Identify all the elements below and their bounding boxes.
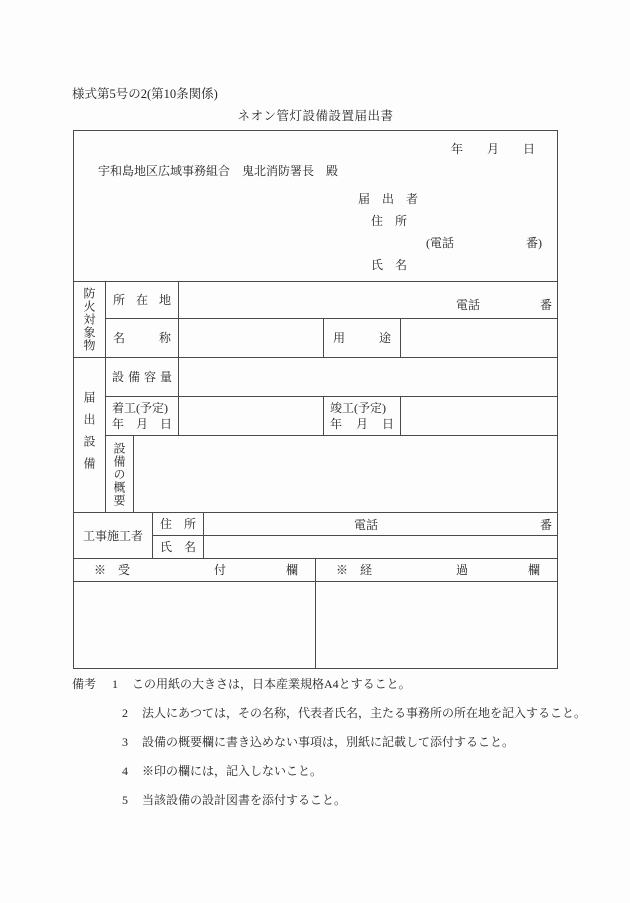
fire-object-section-label: 防火対象物: [74, 282, 106, 358]
finish-date-value-cell: [401, 397, 557, 436]
notifier-name-label: 氏 名: [371, 256, 407, 273]
use-label: 用途: [324, 319, 401, 358]
addressee-line: 宇和島地区広域事務組合 鬼北消防署長 殿: [98, 162, 338, 179]
note-item: 備考 1 この用紙の大きさは，日本産業規格A4とすること。: [72, 678, 592, 691]
notifier-label: 届 出 者: [358, 190, 418, 207]
date-line: 年 月 日: [451, 140, 535, 157]
contractor-address-value-cell: 電話 番: [204, 513, 557, 536]
contractor-name-value-cell: [204, 536, 557, 559]
location-value-cell: 電話 番: [179, 282, 557, 319]
finish-date-label: 竣工(予定) 年 月 日: [324, 397, 401, 436]
note-text: 法人にあつては，その名称，代表者氏名，主たる事務所の所在地を記入すること。: [142, 707, 592, 720]
note-number: 4: [122, 765, 142, 778]
location-label: 所在地: [106, 282, 179, 319]
contractor-section-text: 工事施工者: [83, 527, 143, 544]
fire-object-name-value-cell: [179, 319, 324, 358]
note-item: 3 設備の概要欄に書き込めない事項は，別紙に記載して添付すること。: [72, 736, 592, 749]
reception-column-header: ※ 受 付 欄: [74, 559, 316, 582]
use-value-cell: [401, 319, 557, 358]
note-text: 当該設備の設計図書を添付すること。: [142, 794, 592, 807]
form-code: 様式第5号の2(第10条関係): [72, 84, 218, 102]
notes-section: 備考 1 この用紙の大きさは，日本産業規格A4とすること。 2 法人にあつては，…: [72, 678, 592, 823]
finish-date-line1: 竣工(予定): [330, 400, 394, 416]
note-item: 2 法人にあつては，その名称，代表者氏名，主たる事務所の所在地を記入すること。: [72, 707, 592, 720]
start-date-value-cell: [179, 397, 324, 436]
location-phone-label: 電話 番: [456, 296, 552, 313]
header-section: 年 月 日 宇和島地区広域事務組合 鬼北消防署長 殿 届 出 者 住 所 (電話…: [74, 131, 557, 282]
outline-label: 設備の概要: [106, 436, 134, 513]
outline-value-cell: [134, 436, 557, 513]
start-date-line1: 着工(予定): [112, 400, 172, 416]
note-number: 2: [122, 707, 142, 720]
reception-column-body: [74, 582, 316, 668]
note-number: 1: [112, 678, 132, 691]
equipment-section-label: 届出設備: [74, 358, 106, 513]
capacity-label: 設備容量: [106, 358, 179, 397]
notifier-phone-note: (電話 番): [426, 234, 542, 251]
note-number: 3: [122, 736, 142, 749]
progress-column-header: ※ 経 過 欄: [316, 559, 557, 582]
notifier-address-label: 住 所: [371, 212, 407, 229]
contractor-phone-label: 電話: [354, 516, 378, 533]
note-item: 4 ※印の欄には，記入しないこと。: [72, 765, 592, 778]
notes-label: 備考: [72, 678, 112, 691]
start-date-label: 着工(予定) 年 月 日: [106, 397, 179, 436]
contractor-phone-suffix: 番: [540, 516, 552, 533]
fire-object-name-label: 名称: [106, 319, 179, 358]
contractor-address-label: 住所: [153, 513, 204, 536]
equipment-section-text: 届出設備: [81, 391, 98, 479]
document-title: ネオン管灯設備設置届出書: [73, 106, 558, 124]
fire-object-section-text: 防火対象物: [81, 287, 98, 352]
note-number: 5: [122, 794, 142, 807]
progress-column-body: [316, 582, 557, 668]
finish-date-line2: 年 月 日: [330, 416, 394, 432]
contractor-name-label: 氏名: [153, 536, 204, 559]
outline-label-text: 設備の概要: [111, 442, 128, 507]
contractor-section-label: 工事施工者: [74, 513, 153, 559]
document-page: 様式第5号の2(第10条関係) ネオン管灯設備設置届出書 年 月 日 宇和島地区…: [0, 0, 630, 903]
start-date-line2: 年 月 日: [112, 416, 172, 432]
capacity-value-cell: [179, 358, 557, 397]
note-text: 設備の概要欄に書き込めない事項は，別紙に記載して添付すること。: [142, 736, 592, 749]
note-text: この用紙の大きさは，日本産業規格A4とすること。: [132, 678, 592, 691]
note-text: ※印の欄には，記入しないこと。: [142, 765, 592, 778]
note-item: 5 当該設備の設計図書を添付すること。: [72, 794, 592, 807]
form-table: 年 月 日 宇和島地区広域事務組合 鬼北消防署長 殿 届 出 者 住 所 (電話…: [73, 130, 558, 669]
